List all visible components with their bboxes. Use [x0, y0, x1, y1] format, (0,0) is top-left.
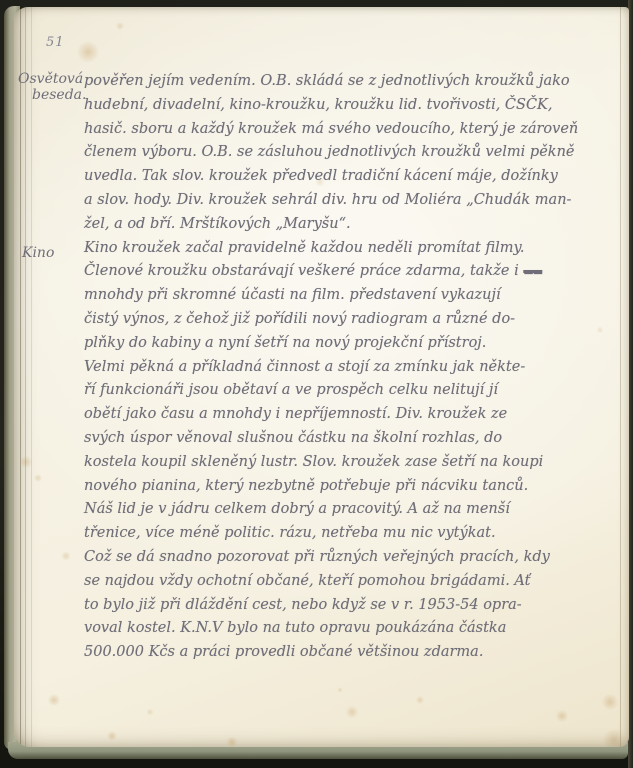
page-stack-edge-line [20, 7, 21, 747]
handwritten-line: Náš lid je v jádru celkem dobrý a pracov… [84, 498, 584, 522]
paper-page: 51 Osvětovábeseda.Kino pověřen jejím ved… [14, 7, 629, 747]
handwritten-line: hudební, divadelní, kino-kroužku, kroužk… [84, 94, 584, 118]
page-number: 51 [46, 35, 65, 50]
page-stack-edge-line [31, 7, 32, 747]
handwritten-line: Kino kroužek začal pravidelně každou ned… [84, 237, 584, 261]
handwritten-line: Což se dá snadno pozorovat při různých v… [84, 546, 584, 570]
crossed-out-word: ▬▬ [523, 265, 542, 278]
handwritten-line: plňky do kabiny a nyní šetří na nový pro… [84, 332, 584, 356]
handwritten-line: mnohdy při skromné účasti na film. předs… [84, 284, 584, 308]
handwritten-line: členem výboru. O.B. se zásluhou jednotli… [84, 141, 584, 165]
handwritten-line: uvedla. Tak slov. kroužek předvedl tradi… [84, 165, 584, 189]
handwritten-line: svých úspor věnoval slušnou částku na šk… [84, 427, 584, 451]
handwritten-line: a slov. hody. Div. kroužek sehrál div. h… [84, 189, 584, 213]
handwritten-line: voval kostel. K.N.V bylo na tuto opravu … [84, 617, 584, 641]
handwritten-line: čistý výnos, z čehož již pořídili nový r… [84, 308, 584, 332]
handwritten-line: nového pianina, který nezbytně potřebuje… [84, 475, 584, 499]
scanned-chronicle-page: 51 Osvětovábeseda.Kino pověřen jejím ved… [0, 0, 633, 768]
handwritten-line: žel, a od bří. Mrštíkových „Maryšu“. [84, 213, 584, 237]
handwritten-line: obětí jako času a mnohdy i nepříjemností… [84, 403, 584, 427]
handwritten-line: ří funkcionáři jsou obětaví a ve prospěc… [84, 379, 584, 403]
handwritten-line: Členové kroužku obstarávají veškeré prác… [84, 260, 584, 284]
page-stack-edge-line [620, 7, 621, 747]
page-stack-edge-line [25, 7, 26, 747]
handwritten-line: kostela koupil skleněný lustr. Slov. kro… [84, 451, 584, 475]
handwritten-text-block: pověřen jejím vedením. O.B. skládá se z … [84, 70, 584, 665]
handwritten-line: 500.000 Kčs a práci provedli občané větš… [84, 641, 584, 665]
handwritten-line: Velmi pěkná a příkladná činnost a stojí … [84, 356, 584, 380]
handwritten-line: se najdou vždy ochotní občané, kteří pom… [84, 570, 584, 594]
handwritten-line: to bylo již při dláždění cest, nebo když… [84, 594, 584, 618]
handwritten-line: třenice, více méně politic. rázu, netřeb… [84, 522, 584, 546]
handwritten-line: hasič. sboru a každý kroužek má svého ve… [84, 118, 584, 142]
handwritten-line: pověřen jejím vedením. O.B. skládá se z … [84, 70, 584, 94]
